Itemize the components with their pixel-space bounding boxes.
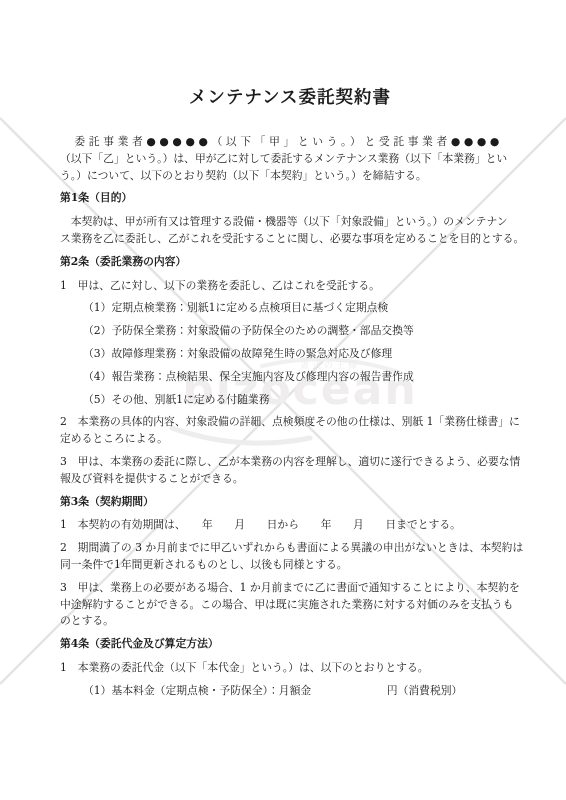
text-line: 報及び資料を提供することができる。 <box>60 471 520 488</box>
paragraph: 委託事業者●●●●●（以下「甲」という。）と受託事業者●●●●（以下「乙」という… <box>60 134 520 184</box>
paragraph: 2 本業務の具体的内容、対象設備の詳細、点検頻度その他の仕様は、別紙 1「業務仕… <box>60 414 520 448</box>
text-line: 1 本業務の委託代金（以下「本代金」という。）は、以下のとおりとする。 <box>60 660 520 677</box>
article-heading: 第3条（契約期間） <box>60 494 520 511</box>
text-line: 2 期間満了の 3 か月前までに甲乙いずれからも書面による異議の申出がないときは… <box>60 540 520 557</box>
text-line: 委託事業者●●●●●（以下「甲」という。）と受託事業者●●●● <box>60 134 520 151</box>
article-heading: 第4条（委託代金及び算定方法） <box>60 636 520 653</box>
text-line: （3）故障修理業務：対象設備の故障発生時の緊急対応及び修理 <box>83 346 520 363</box>
text-line: （1）基本料金（定期点検・予防保全）：月額金 円（消費税別） <box>83 683 520 700</box>
text-line: （4）報告業務：点検結果、保全実施内容及び修理内容の報告書作成 <box>83 369 520 386</box>
contract-document: メンテナンス委託契約書 委託事業者●●●●●（以下「甲」という。）と受託事業者●… <box>60 0 520 706</box>
paragraph: 2 期間満了の 3 か月前までに甲乙いずれからも書面による異議の申出がないときは… <box>60 540 520 574</box>
paragraph: 本契約は、甲が所有又は管理する設備・機器等（以下「対象設備」という。）のメンテナ… <box>60 214 520 248</box>
text-line: 1 本契約の有効期間は、 年 月 日から 年 月 日までとする。 <box>60 517 520 534</box>
text-line: 同一条件で1年間更新されるものとし、以後も同様とする。 <box>60 557 520 574</box>
text-line: のとする。 <box>60 613 520 630</box>
article-heading: 第1条（目的） <box>60 190 520 207</box>
text-line: 2 本業務の具体的内容、対象設備の詳細、点検頻度その他の仕様は、別紙 1「業務仕… <box>60 414 520 431</box>
text-line: （以下「乙」という。）は、甲が乙に対して委託するメンテナンス業務（以下「本業務」… <box>60 151 520 168</box>
paragraph: 1 本業務の委託代金（以下「本代金」という。）は、以下のとおりとする。 <box>60 660 520 677</box>
text-line: ス業務を乙に委託し、乙がこれを受託することに関し、必要な事項を定めることを目的と… <box>60 231 520 248</box>
text-line: （1）定期点検業務：別紙1に定める点検項目に基づく定期点検 <box>83 300 520 317</box>
list-item: （5）その他、別紙1に定める付随業務 <box>60 392 520 409</box>
text-line: 中途解約することができる。この場合、甲は既に実施された業務に対する対価のみを支払… <box>60 597 520 614</box>
list-item: （3）故障修理業務：対象設備の故障発生時の緊急対応及び修理 <box>60 346 520 363</box>
paragraph: 1 本契約の有効期間は、 年 月 日から 年 月 日までとする。 <box>60 517 520 534</box>
text-line: （2）予防保全業務：対象設備の予防保全のための調整・部品交換等 <box>83 323 520 340</box>
list-item: （2）予防保全業務：対象設備の予防保全のための調整・部品交換等 <box>60 323 520 340</box>
text-line: 3 甲は、本業務の委託に際し、乙が本業務の内容を理解し、適切に遂行できるよう、必… <box>60 454 520 471</box>
text-line: 本契約は、甲が所有又は管理する設備・機器等（以下「対象設備」という。）のメンテナ… <box>60 214 520 231</box>
contract-body: 委託事業者●●●●●（以下「甲」という。）と受託事業者●●●●（以下「乙」という… <box>60 134 520 700</box>
text-line: 定めるところによる。 <box>60 431 520 448</box>
paragraph: 3 甲は、業務上の必要がある場合、1 か月前までに乙に書面で通知することにより、… <box>60 580 520 630</box>
list-item: （1）基本料金（定期点検・予防保全）：月額金 円（消費税別） <box>60 683 520 700</box>
article-heading: 第2条（委託業務の内容） <box>60 254 520 271</box>
contract-page: 書式の王様 bizocean メンテナンス委託契約書 委託事業者●●●●●（以下… <box>0 0 566 800</box>
text-line: （5）その他、別紙1に定める付随業務 <box>83 392 520 409</box>
text-line: 3 甲は、業務上の必要がある場合、1 か月前までに乙に書面で通知することにより、… <box>60 580 520 597</box>
text-line: 1 甲は、乙に対し、以下の業務を委託し、乙はこれを受託する。 <box>60 278 520 295</box>
list-item: （1）定期点検業務：別紙1に定める点検項目に基づく定期点検 <box>60 300 520 317</box>
list-item: （4）報告業務：点検結果、保全実施内容及び修理内容の報告書作成 <box>60 369 520 386</box>
paragraph: 3 甲は、本業務の委託に際し、乙が本業務の内容を理解し、適切に遂行できるよう、必… <box>60 454 520 488</box>
paragraph: 1 甲は、乙に対し、以下の業務を委託し、乙はこれを受託する。 <box>60 278 520 295</box>
text-line: う。）について、以下のとおり契約（以下「本契約」という。）を締結する。 <box>60 168 520 185</box>
document-title: メンテナンス委託契約書 <box>60 86 520 110</box>
